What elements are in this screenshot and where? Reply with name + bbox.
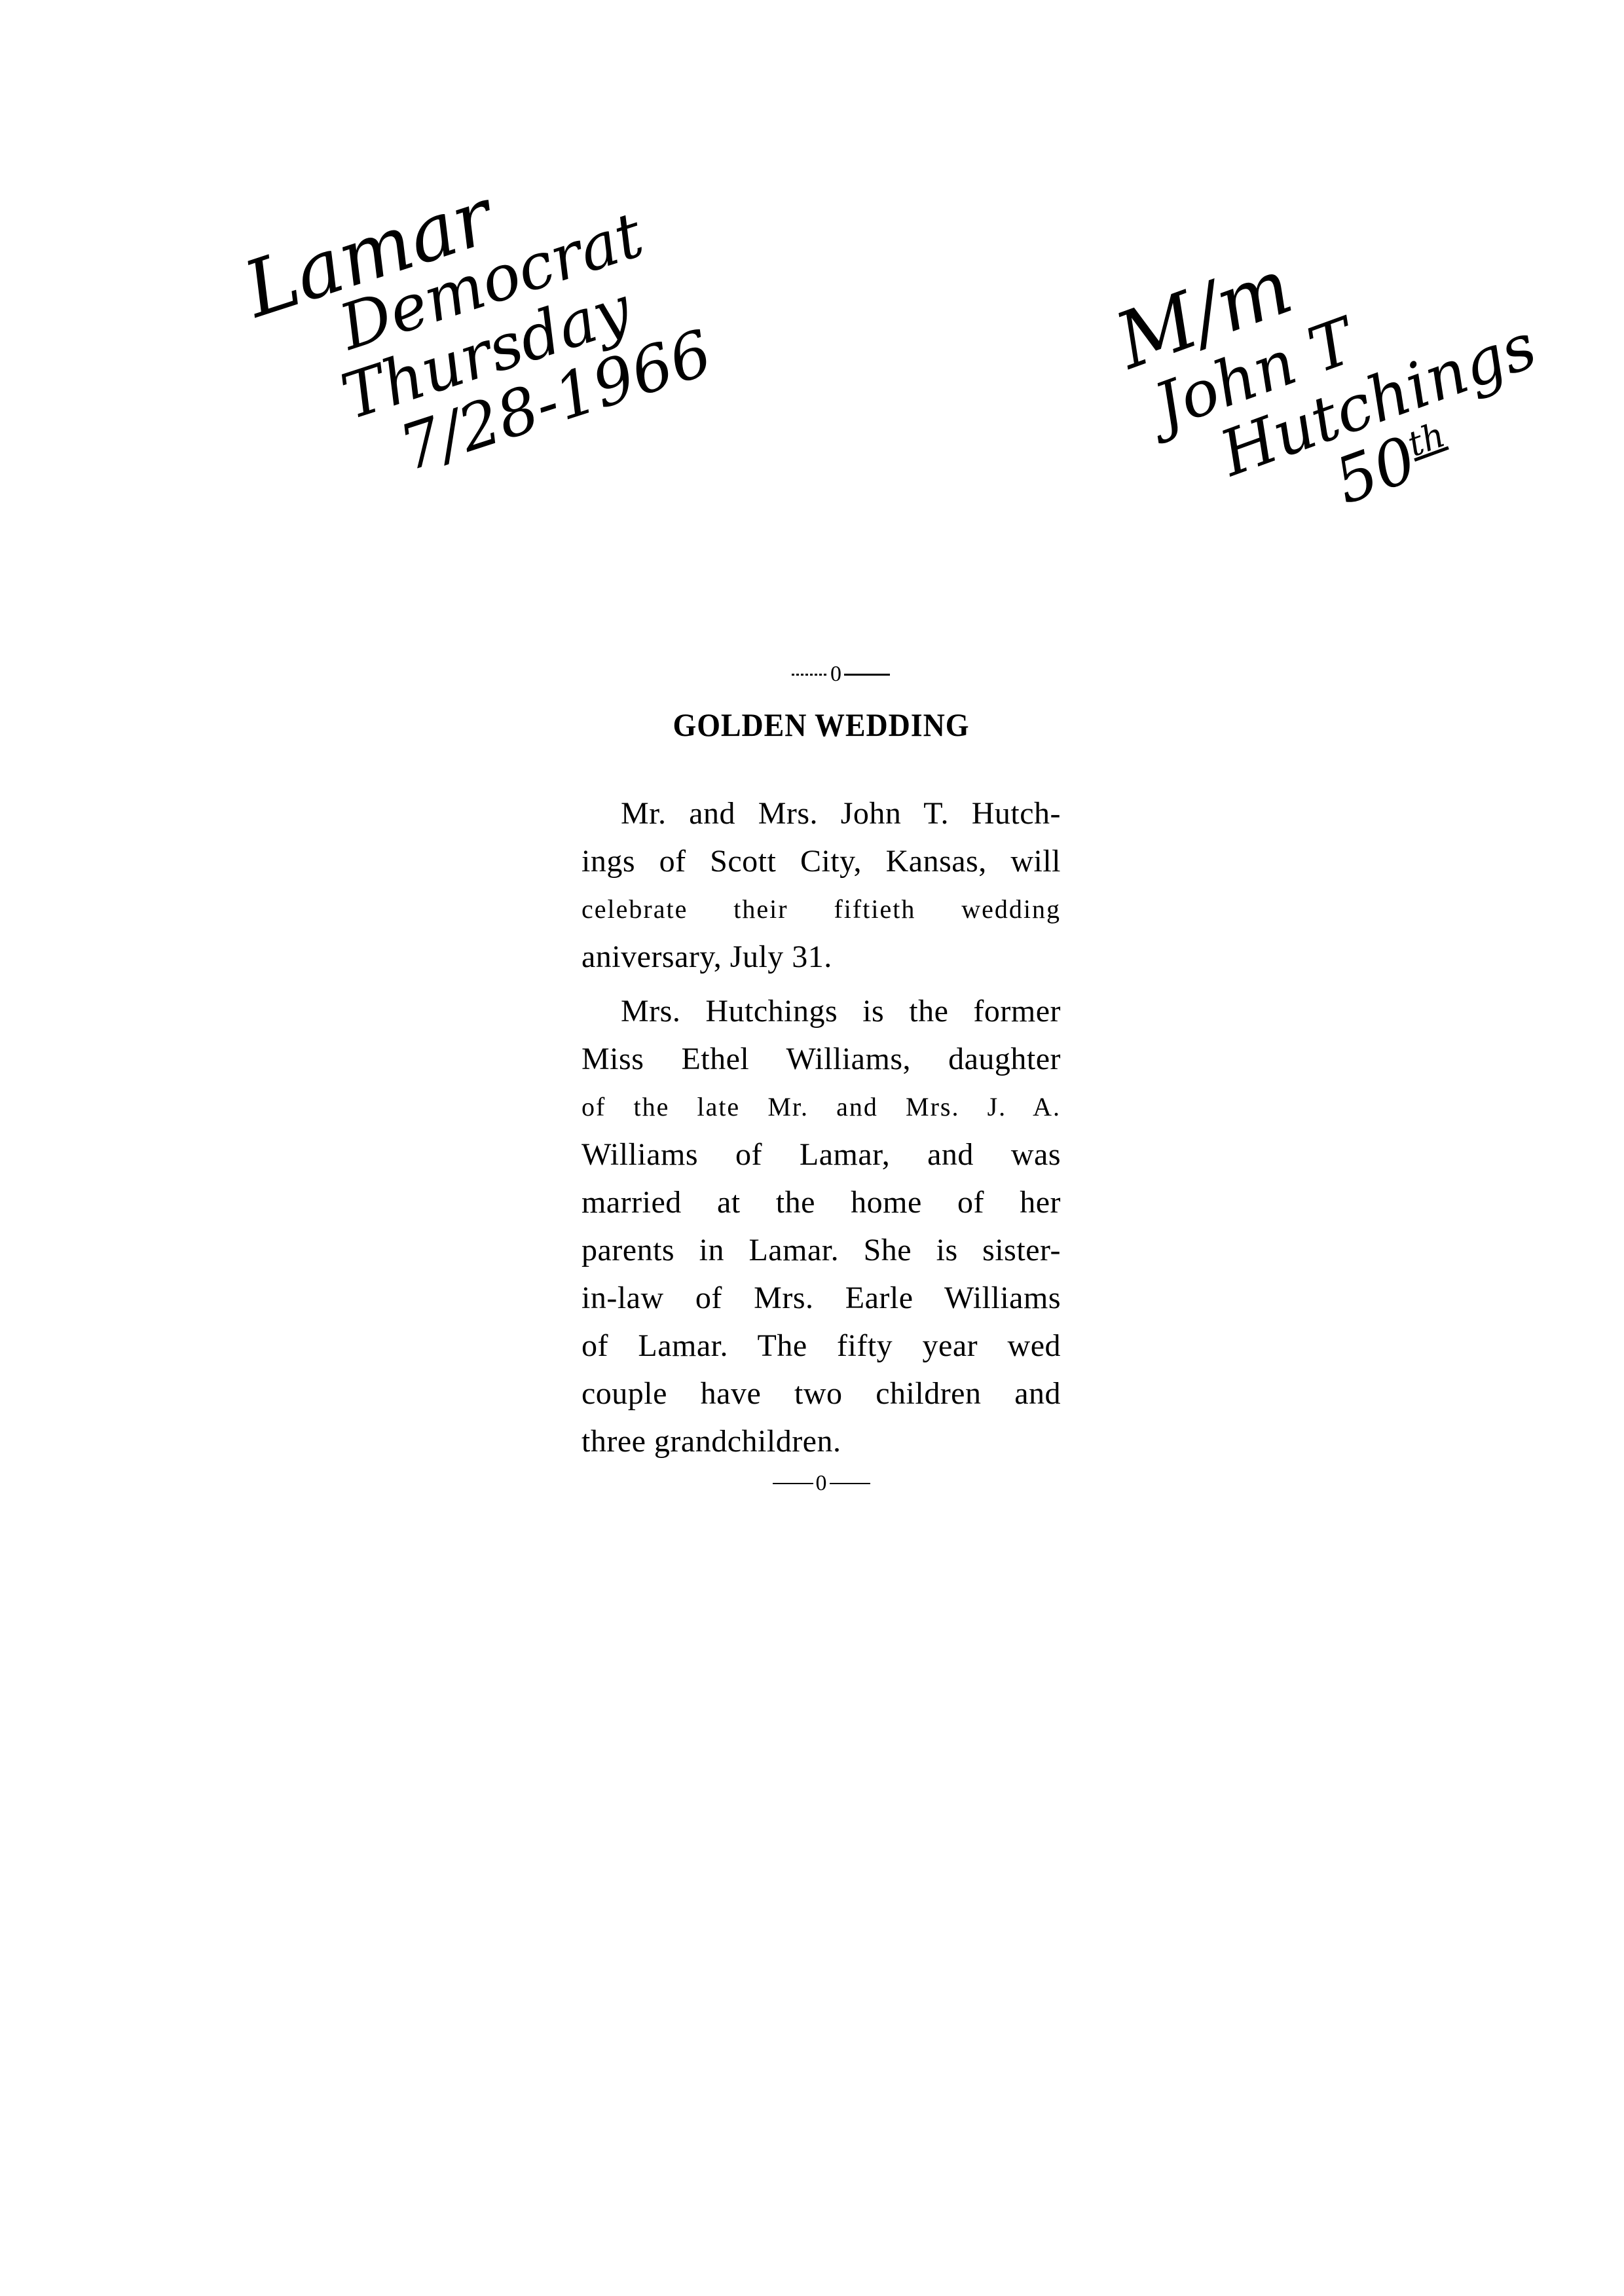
divider-rule-left bbox=[773, 1483, 813, 1484]
divider-rule-right bbox=[844, 674, 890, 676]
text-line: of Lamar. The fifty year wed bbox=[581, 1322, 1061, 1370]
text-line: Mr. and Mrs. John T. Hutch- bbox=[581, 790, 1061, 837]
handwritten-note-newspaper-date: Lamar Democrat Thursday 7/28-1966 bbox=[236, 126, 719, 511]
article-paragraph-2: Mrs. Hutchings is the former Miss Ethel … bbox=[581, 987, 1061, 1465]
article-paragraph-1: Mr. and Mrs. John T. Hutch- ings of Scot… bbox=[581, 790, 1061, 981]
divider-rule-right bbox=[830, 1483, 870, 1484]
text-line: of the late Mr. and Mrs. J. A. bbox=[581, 1083, 1061, 1131]
text-line: married at the home of her bbox=[581, 1178, 1061, 1226]
divider-rule-left bbox=[792, 674, 828, 676]
newspaper-clipping: 0 GOLDEN WEDDING Mr. and Mrs. John T. Hu… bbox=[581, 661, 1061, 1497]
headline: GOLDEN WEDDING bbox=[600, 706, 1041, 744]
handwritten-note-subject: M/m John T Hutchings 50th bbox=[1107, 175, 1566, 567]
text-line: Williams of Lamar, and was bbox=[581, 1131, 1061, 1178]
text-line: Mrs. Hutchings is the former bbox=[581, 987, 1061, 1035]
text-line: in-law of Mrs. Earle Williams bbox=[581, 1274, 1061, 1322]
text-line: ings of Scott City, Kansas, will bbox=[581, 837, 1061, 885]
text-line: parents in Lamar. She is sister- bbox=[581, 1226, 1061, 1274]
text-line: aniversary, July 31. bbox=[581, 933, 1061, 981]
divider-circle: 0 bbox=[816, 1472, 827, 1495]
text-line: Miss Ethel Williams, daughter bbox=[581, 1035, 1061, 1083]
text-line: couple have two children and bbox=[581, 1370, 1061, 1417]
divider-ornament-top: 0 bbox=[621, 661, 1061, 687]
divider-circle: 0 bbox=[830, 663, 841, 685]
text-line: three grandchildren. bbox=[581, 1417, 1061, 1465]
text-line: celebrate their fiftieth wedding bbox=[581, 885, 1061, 933]
divider-ornament-bottom: 0 bbox=[581, 1470, 1061, 1497]
